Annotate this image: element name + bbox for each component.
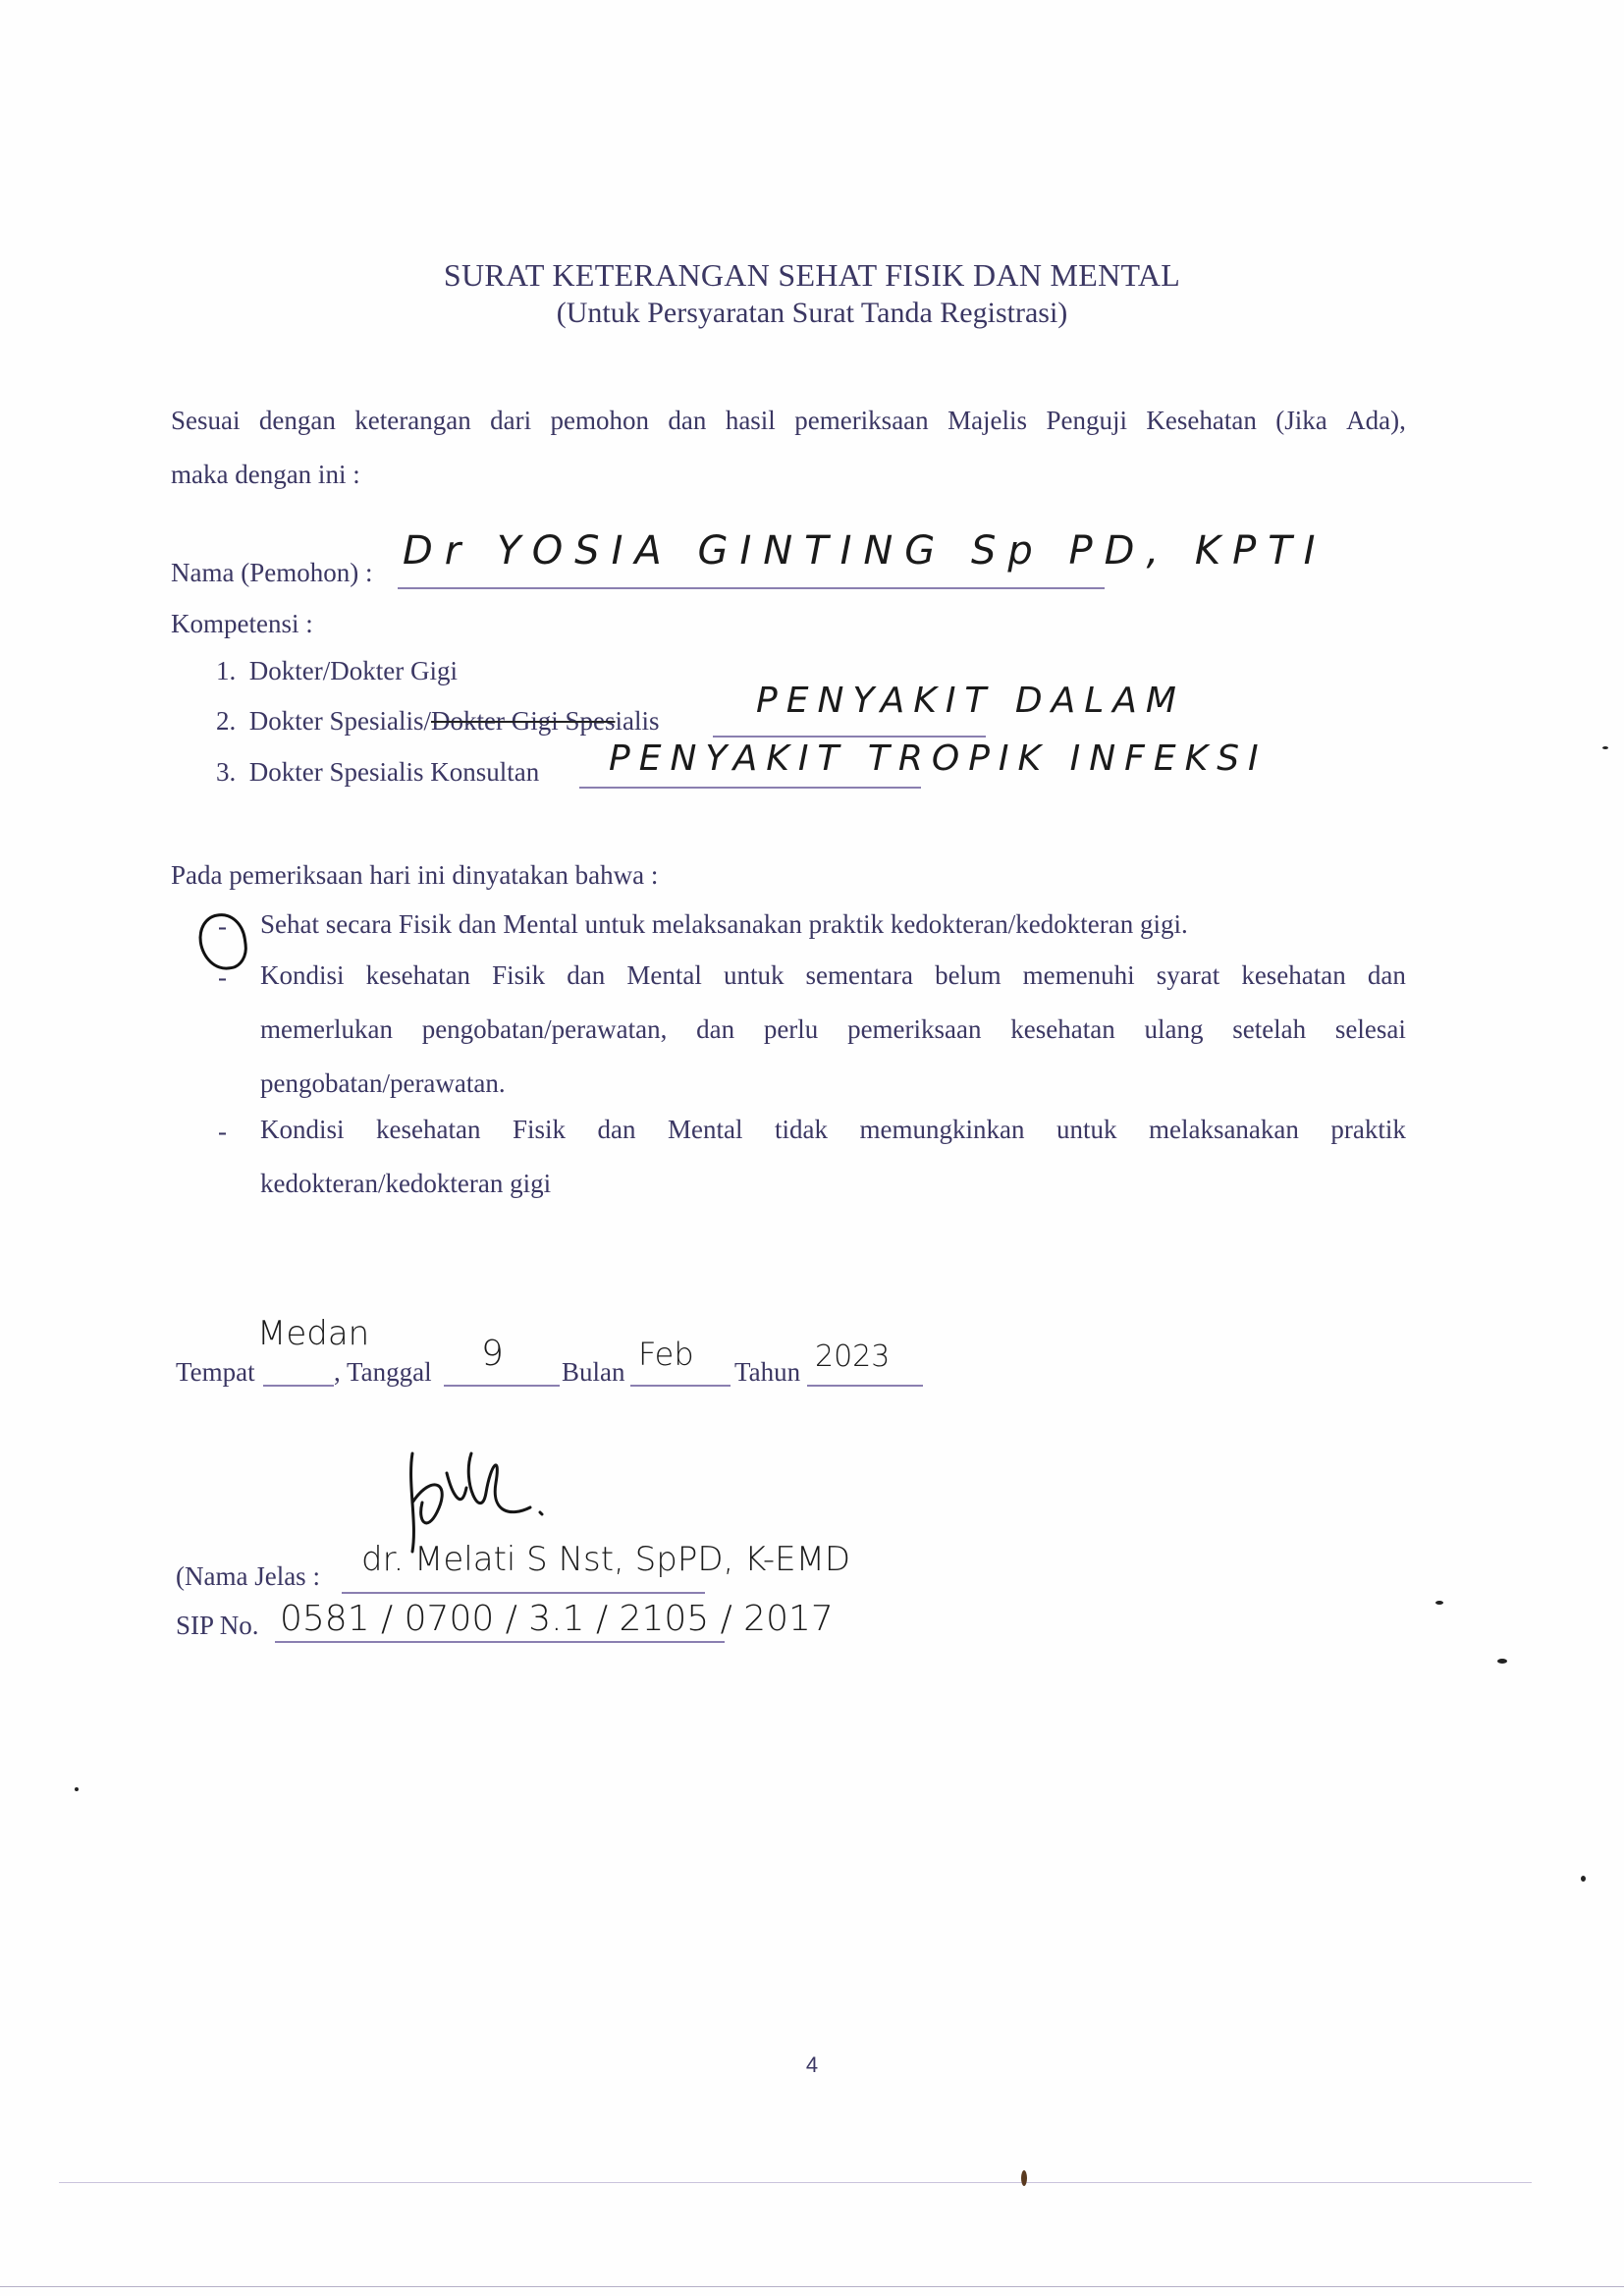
scan-speck [1581, 1876, 1586, 1882]
signer-name-label: (Nama Jelas : [176, 1561, 320, 1592]
sip-field[interactable]: 0581 / 0700 / 3.1 / 2105 / 2017 [280, 1599, 834, 1639]
place-field[interactable]: Medan [257, 1314, 369, 1353]
applicant-name-field[interactable]: Dr YOSIA GINTING Sp PD, KPTI [403, 528, 1326, 574]
intro-line-1: Sesuaidenganketerangandaripemohondanhasi… [171, 406, 1406, 436]
signer-name-field[interactable]: dr. Melati S Nst, SpPD, K-EMD [361, 1540, 850, 1579]
applicant-label: Nama (Pemohon) : [171, 558, 372, 588]
date-field[interactable]: 9 [481, 1334, 504, 1374]
consultant-field[interactable]: PENYAKIT TROPIK INFEKSI [609, 738, 1268, 779]
consultant-underline [579, 787, 921, 789]
specialist-field[interactable]: PENYAKIT DALAM [756, 681, 1185, 721]
place-underline [263, 1385, 334, 1387]
year-label: Tahun [734, 1357, 800, 1388]
specialist-underline [713, 736, 986, 738]
month-label: Bulan [562, 1357, 625, 1388]
document-title: SURAT KETERANGAN SEHAT FISIK DAN MENTAL [0, 257, 1624, 294]
scan-speck [75, 1787, 79, 1791]
competence-item-2: 2. Dokter Spesialis/Dokter Gigi Spesiali… [216, 706, 659, 737]
page-number: 4 [0, 2052, 1624, 2078]
struck-text: Dokter Gigi Spes [431, 706, 615, 736]
option-3-text[interactable]: KondisikesehatanFisikdanMentaltidakmemun… [260, 1115, 1406, 1223]
scan-line-top [59, 2182, 1532, 2183]
option-3-bullet: - [218, 1117, 227, 1147]
option-2-text[interactable]: KondisikesehatanFisikdanMentaluntuksemen… [260, 960, 1406, 1122]
option-1-text[interactable]: Sehat secara Fisik dan Mental untuk mela… [260, 909, 1188, 940]
month-field[interactable]: Feb [638, 1336, 694, 1373]
scan-speck [1497, 1659, 1507, 1664]
competence-item-1: 1. Dokter/Dokter Gigi [216, 656, 458, 686]
month-underline [630, 1385, 731, 1387]
scan-speck [1602, 746, 1608, 749]
applicant-underline [398, 587, 1105, 589]
scan-line-bottom [0, 2286, 1624, 2287]
scan-speck [1435, 1601, 1443, 1605]
option-1-bullet: - [218, 911, 227, 942]
place-label: Tempat [176, 1357, 255, 1388]
intro-paragraph: Sesuaidenganketerangandaripemohondanhasi… [171, 406, 1406, 436]
competence-item-3: 3. Dokter Spesialis Konsultan [216, 757, 539, 788]
examination-label: Pada pemeriksaan hari ini dinyatakan bah… [171, 860, 658, 891]
intro-line-2: maka dengan ini : [171, 460, 360, 490]
scan-speck [1021, 2170, 1027, 2186]
sip-underline [275, 1641, 725, 1643]
year-underline [807, 1385, 923, 1387]
option-2-bullet: - [218, 962, 227, 993]
date-underline [444, 1385, 560, 1387]
year-field[interactable]: 2023 [815, 1339, 890, 1374]
date-label: , Tanggal [334, 1357, 432, 1388]
sip-label: SIP No. [176, 1611, 259, 1641]
signer-name-underline [342, 1592, 705, 1594]
document-subtitle: (Untuk Persyaratan Surat Tanda Registras… [0, 297, 1624, 330]
competence-label: Kompetensi : [171, 609, 313, 639]
